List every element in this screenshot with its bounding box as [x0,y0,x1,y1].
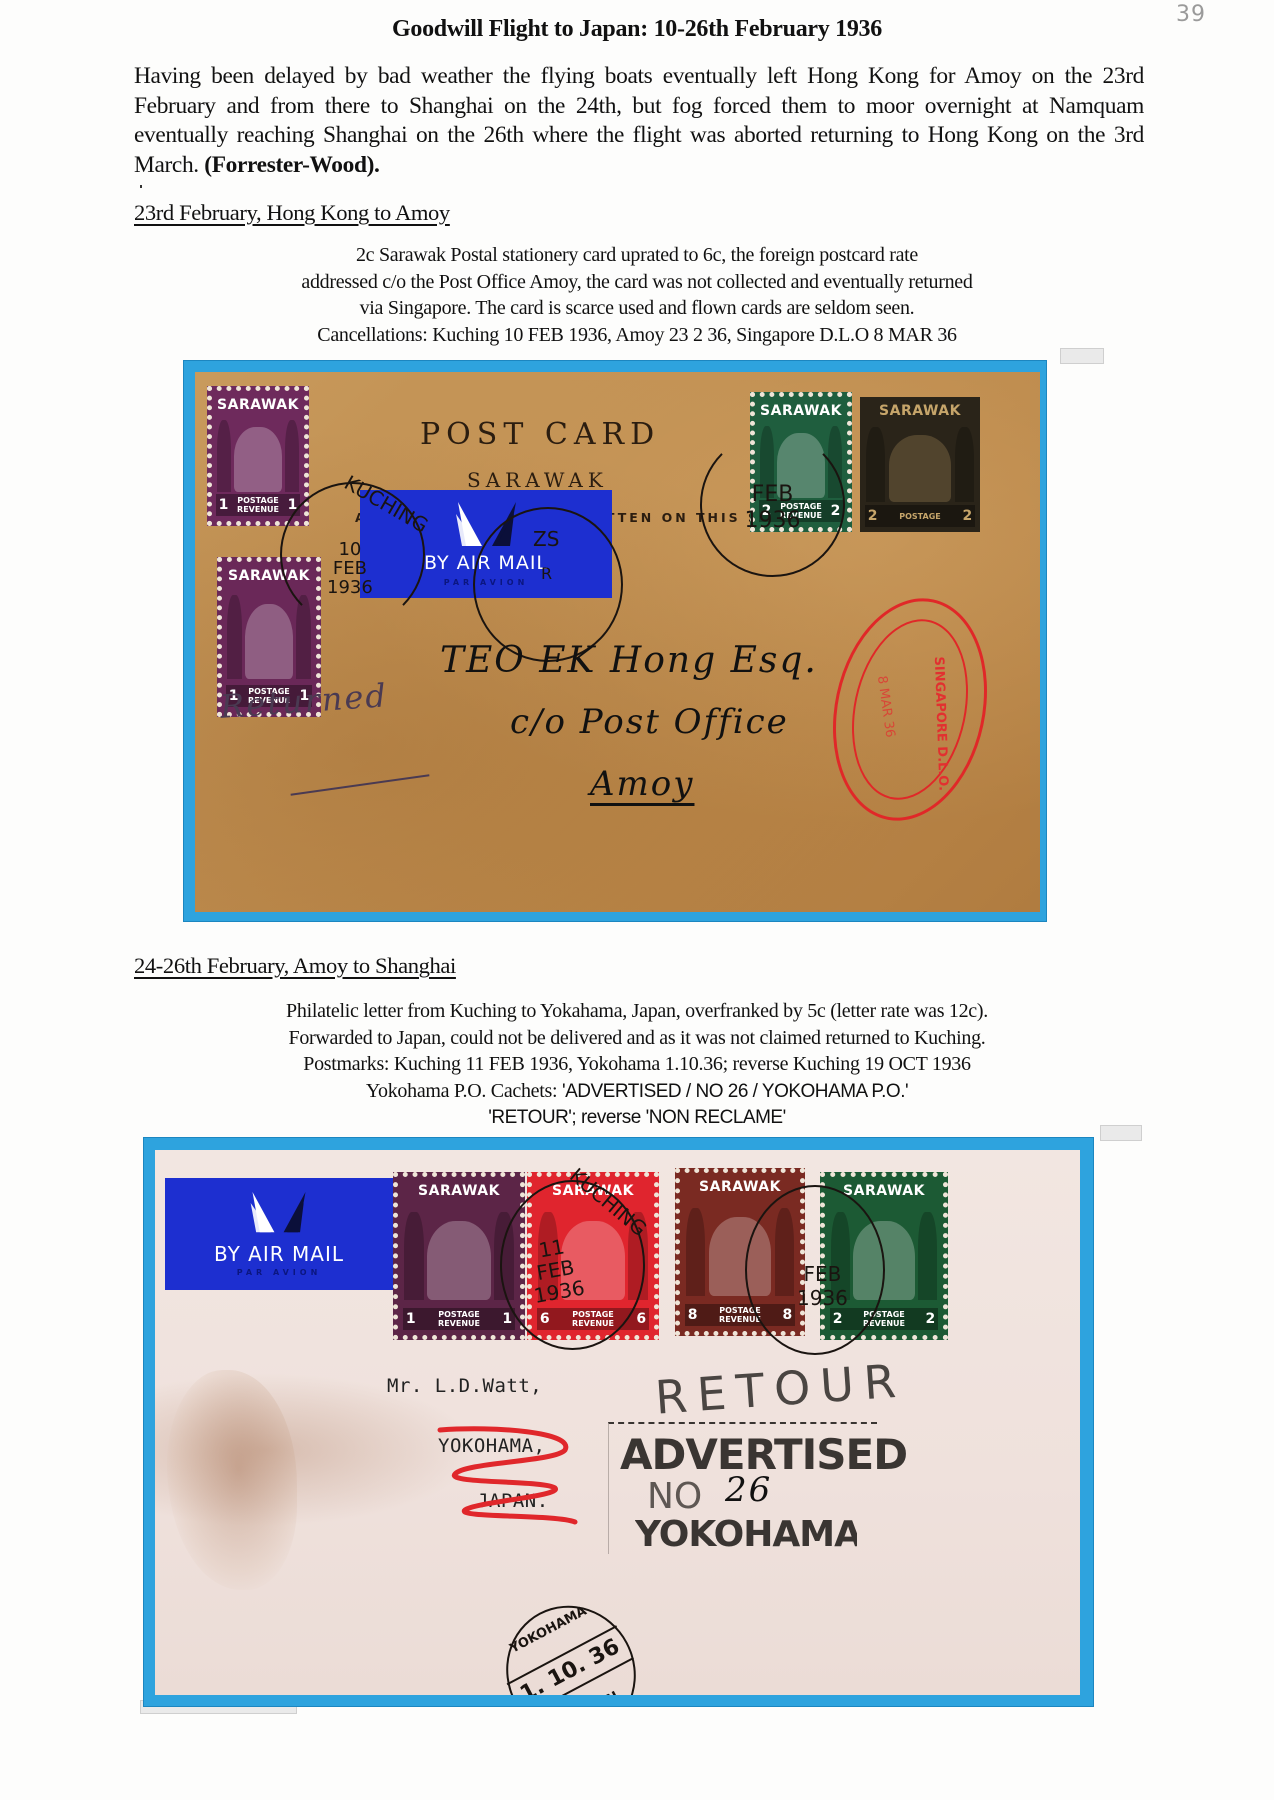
section-1-caption: 2c Sarawak Postal stationery card uprate… [0,242,1274,348]
stamp-country: SARAWAK [398,1183,520,1199]
postcard-address-line-2: c/o Post Office [510,702,789,742]
postcard: POST CARD SARAWAK ADDRESS ONLY TO BE WRI… [195,372,1040,912]
caption-line: Philatelic letter from Kuching to Yokaha… [0,998,1274,1025]
section-heading-hong-kong-to-amoy: 23rd February, Hong Kong to Amoy [134,200,450,226]
stamp-pillar-ornament [227,595,242,679]
caption-line: Yokohama P.O. Cachets: 'ADVERTISED / NO … [0,1078,1274,1106]
postcard-printed-title: POST CARD [420,417,660,452]
stamp-country: SARAWAK [755,403,847,419]
advertised-cachet-line-2: NO [647,1476,702,1517]
section-2-caption: Philatelic letter from Kuching to Yokaha… [0,998,1274,1132]
postmark-date: FEB 1936 [797,1262,848,1310]
caption-line: Postmarks: Kuching 11 FEB 1936, Yokohama… [0,1051,1274,1078]
postmark-kuching-1: KUCHING 11 FEB 1936 [500,1180,645,1350]
stamp-value: 2 [865,508,881,524]
stamp-pillar-ornament [918,1212,937,1301]
stamp-portrait [234,427,282,492]
stamp-value-row: 1 POSTAGE REVENUE 1 [403,1308,515,1330]
postmark-year: 1936 [797,1286,848,1310]
stamp-country: SARAWAK [212,397,304,413]
stamp-center-text: POSTAGE REVENUE [419,1310,500,1328]
airmail-label: BY AIR MAIL PAR AVION [165,1178,393,1290]
stamp-portrait [889,435,951,503]
mount-corner-tab [1060,348,1104,364]
red-dlo-cachet: SINGAPORE D.L.O. 8 MAR 36 [813,584,1007,835]
caption-line: 'RETOUR'; reverse 'NON RECLAME' [0,1105,1274,1132]
stray-mark [140,185,142,188]
stamp-2-cents-printed-indicium: SARAWAK 2 POSTAGE 2 [860,397,980,532]
stamp-pillar-ornament [217,420,232,493]
stamp-portrait [427,1221,490,1300]
pencil-stroke [291,774,430,795]
stamp-value: 8 [685,1307,701,1323]
postmark-date: 10 FEB 1936 [327,540,373,597]
envelope-stain [167,1370,297,1590]
stamp-value-row: 2 POSTAGE 2 [865,505,975,527]
caption-line: 2c Sarawak Postal stationery card uprate… [0,242,1274,269]
envelope-address-line-1: Mr. L.D.Watt, [387,1375,542,1397]
envelope: BY AIR MAIL PAR AVION SARAWAK 1 POSTAGE … [155,1150,1080,1695]
stamp-value-row: 1 POSTAGE REVENUE 1 [216,494,301,516]
postmark-text: R [541,564,552,583]
caption-line: via Singapore. The card is scarce used a… [0,295,1274,322]
postmark-kuching-left: KUCHING 10 FEB 1936 [280,482,425,627]
mount-corner-tab [1100,1125,1142,1141]
stamp-value: 1 [216,497,232,513]
postcard-address-line-1: TEO EK Hong Esq. [440,640,818,681]
postmark-date: 11 FEB 1936 [525,1233,587,1307]
retour-cachet: RETOUR [653,1353,907,1424]
intro-paragraph: Having been delayed by bad weather the f… [134,62,1144,180]
airmail-label-text: BY AIR MAIL [165,1242,393,1266]
postmark-text: ZS [533,527,559,551]
postmark-amoy: ZS R [473,507,623,662]
stamp-pillar-ornament [866,427,885,503]
postmark-day: 10 [327,540,373,559]
caption-line: Forwarded to Japan, could not be deliver… [0,1025,1274,1052]
postmark-kuching-2: FEB 1936 [745,1185,885,1355]
stamp-value: 2 [959,508,975,524]
stamp-portrait [245,604,294,679]
intro-citation: (Forrester-Wood). [204,152,379,178]
postmark-month: 1936 [735,508,810,534]
stamp-pillar-ornament [686,1208,705,1297]
stamp-value: 6 [633,1311,649,1327]
stamp-pillar-ornament [285,420,300,493]
page-title: Goodwill Flight to Japan: 10-26th Februa… [0,16,1274,43]
stamp-pillar-ornament [955,427,974,503]
postmark-yokohama: YOKOHAMA 1. 10. 36 NIPPON [483,1583,659,1695]
stamp-value: 2 [923,1311,939,1327]
section-heading-amoy-to-shanghai: 24-26th February, Amoy to Shanghai [134,953,456,979]
postmark-month: FEB [327,559,373,578]
caption-cachets: 'ADVERTISED / NO 26 / YOKOHAMA P.O.' [562,1081,908,1102]
caption-line: Cancellations: Kuching 10 FEB 1936, Amoy… [0,322,1274,349]
postmark-kuching-right-date: FEB 1936 [735,482,810,534]
postcard-address-line-3: Amoy [590,764,694,804]
stamp-country: SARAWAK [680,1179,800,1195]
stamp-center-text: POSTAGE REVENUE [231,496,284,514]
advertised-cachet-number: 26 [725,1470,772,1510]
advertised-cachet-line-3: YOKOHAMA P. [635,1514,857,1555]
stamp-center-text: POSTAGE [896,512,943,521]
airmail-wings-icon [247,1190,311,1236]
stamp-pillar-ornament [404,1212,424,1301]
red-dlo-cachet-inner-ring [836,608,984,810]
postcard-printed-country: SARAWAK [467,468,608,492]
stamp-value: 1 [403,1311,419,1327]
stamp-country: SARAWAK [860,403,980,419]
postmark-day: FEB [735,482,810,508]
postmark-year: 1936 [327,578,373,597]
postmark-month: FEB [797,1262,848,1286]
airmail-label-subtext: PAR AVION [165,1268,393,1277]
red-crossout-scribble [435,1422,585,1532]
caption-cachets-prefix: Yokohama P.O. Cachets: [366,1080,562,1102]
caption-line: addressed c/o the Post Office Amoy, the … [0,269,1274,296]
stamp-1-cent-top: SARAWAK 1 POSTAGE REVENUE 1 [207,386,309,526]
